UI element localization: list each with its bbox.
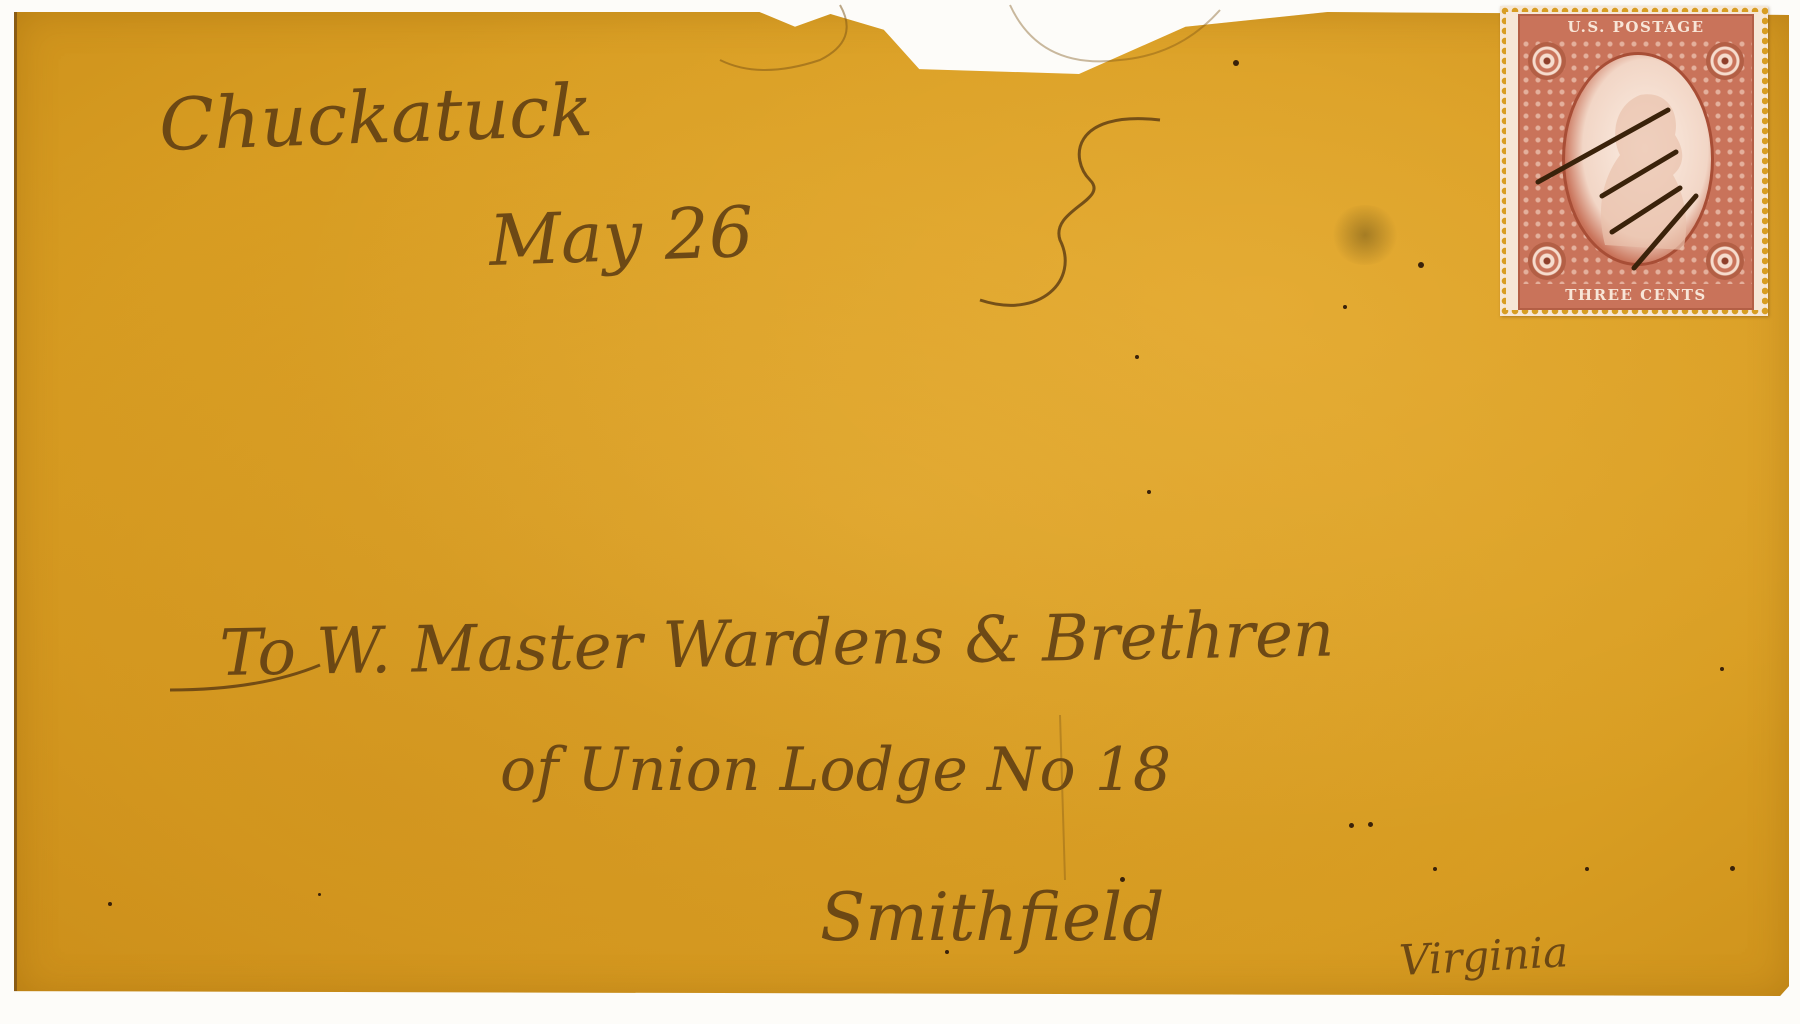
foxing-spot — [318, 893, 321, 896]
foxing-spot — [1233, 60, 1239, 66]
pen-cancel-marks — [1500, 6, 1768, 316]
foxing-spot — [1147, 490, 1151, 494]
foxing-spot — [108, 902, 112, 906]
foxing-spot — [1135, 355, 1139, 359]
foxing-spot — [1120, 877, 1125, 882]
stain-smudge — [1330, 205, 1400, 265]
image-stage: Chuckatuck May 26 To W. Master Wardens &… — [0, 0, 1800, 1024]
foxing-spot — [1418, 262, 1424, 268]
foxing-spot — [1343, 305, 1347, 309]
postage-stamp: U.S. POSTAGE THREE CENTS — [1500, 6, 1768, 316]
foxing-spot — [1349, 823, 1354, 828]
foxing-spot — [1433, 867, 1437, 871]
foxing-spot — [1585, 867, 1589, 871]
foxing-spot — [1730, 866, 1735, 871]
foxing-spot — [1368, 822, 1373, 827]
foxing-spot — [945, 950, 949, 954]
foxing-spot — [1720, 667, 1724, 671]
